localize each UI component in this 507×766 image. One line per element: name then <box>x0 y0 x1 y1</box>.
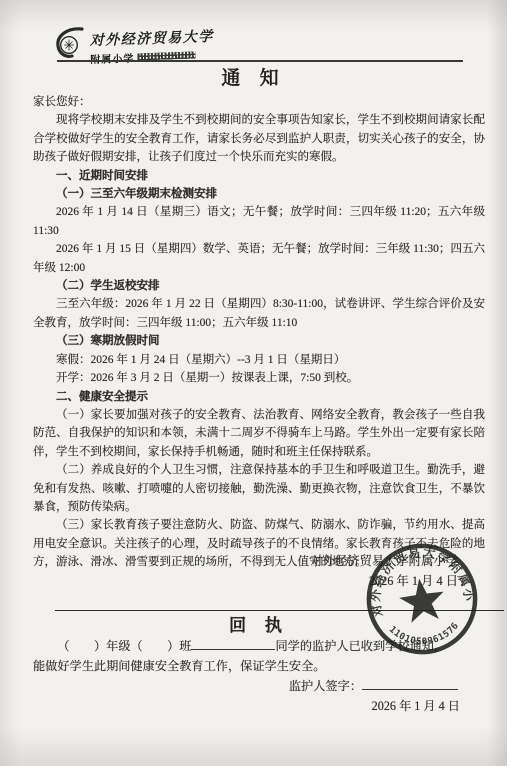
subsection-vacation-time: （三）寒期放假时间 <box>33 332 485 350</box>
letterhead-divider <box>57 60 463 62</box>
student-name-blank <box>191 637 275 650</box>
school-name-calligraphy: 对外经济贸易大学 <box>90 29 214 49</box>
exam-day-1: 2026 年 1 月 14 日（星期三）语文；无午餐；放学时间：三四年级 11:… <box>33 203 485 240</box>
exam-day-2: 2026 年 1 月 15 日（星期四）数学、英语；无午餐；放学时间：三年级 1… <box>33 240 485 277</box>
vacation-dates: 寒假：2026 年 1 月 24 日（星期六）--3 月 1 日（星期日） <box>33 351 485 369</box>
receipt-date: 2026 年 1 月 4 日 <box>33 696 485 716</box>
guardian-sign-label: 监护人签字： <box>289 679 362 693</box>
notice-body: 家长您好： 现将学校期末安排及学生不到校期间的安全事项告知家长，学生不到校期间请… <box>33 93 485 572</box>
guardian-signature-row: 监护人签字： <box>33 676 485 696</box>
safety-tip-2: （二）养成良好的个人卫生习惯，注意保持基本的手卫生和呼吸道卫生。勤洗手，避免和有… <box>33 461 485 516</box>
guardian-signature-blank <box>362 677 458 690</box>
school-reopen-date: 开学：2026 年 3 月 2 日（星期一）按课表上课，7:50 到校。 <box>33 369 485 387</box>
section-heading-safety: 二、健康安全提示 <box>33 388 485 406</box>
subsection-exam-schedule: （一）三至六年级期末检测安排 <box>33 185 485 203</box>
intro-paragraph: 现将学校期末安排及学生不到校期间的安全事项告知家长，学生不到校期间请家长配合学校… <box>33 111 485 166</box>
notice-title: 通 知 <box>0 63 507 90</box>
official-seal-stamp: 对外经济贸易大学附属小学 1101050961576 <box>355 532 488 665</box>
greeting: 家长您好： <box>33 93 485 111</box>
section-heading-schedule: 一、近期时间安排 <box>33 167 485 185</box>
scanned-notice-page: 对外经济贸易大学 附属小学 通 知 家长您好： 现将学校期末安排及学生不到校期间… <box>0 0 507 766</box>
return-day-detail: 三至六年级：2026 年 1 月 22 日（星期四）8:30-11:00，试卷讲… <box>33 295 485 332</box>
receipt-grade-class-blanks: （ ）年级（ ）班 <box>57 639 191 653</box>
safety-tip-1: （一）家长要加强对孩子的安全教育、法治教育、网络安全教育，教会孩子一些自我防范、… <box>33 406 485 461</box>
seal-star-icon <box>397 575 447 624</box>
subsection-return-day: （二）学生返校安排 <box>33 277 485 295</box>
